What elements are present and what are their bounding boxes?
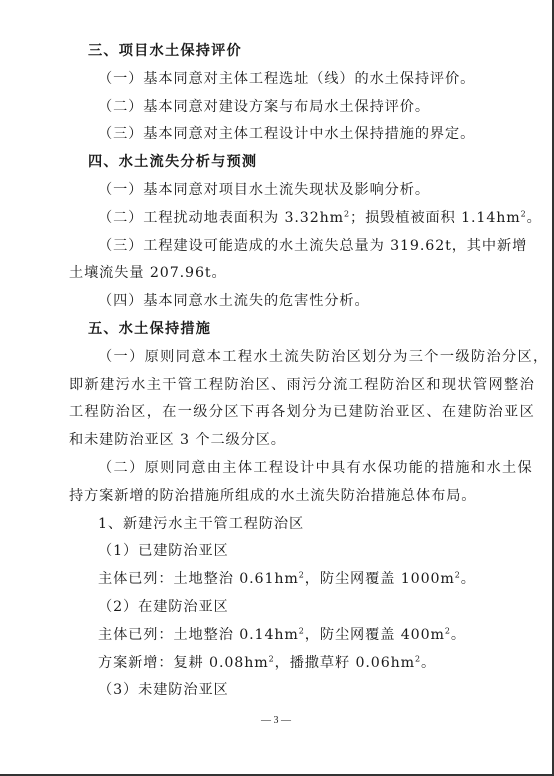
paragraph-1-line-3: 工程防治区，在一级分区下再各划分为已建防治亚区、在建防治亚区 (69, 399, 489, 427)
punctuation: 。 (461, 571, 476, 587)
disturbed-area-text: （二）工程扰动地表面积为 3.32hm (98, 210, 344, 226)
section-3-item-1: （一）基本同意对主体工程选址（线）的水土保持评价。 (69, 66, 489, 94)
section-4-item-3-line-1: （三）工程建设可能造成的水土流失总量为 319.62t，其中新增 (69, 233, 489, 261)
paragraph-2-line-2: 持方案新增的防治措施所组成的水土流失防治措施总体布局。 (69, 483, 489, 511)
punctuation: 。 (421, 655, 436, 671)
paragraph-2-line-1: （二）原则同意由主体工程设计中具有水保功能的措施和水土保 (69, 455, 489, 483)
measure-text: 主体已列：土地整治 0.14hm (98, 627, 299, 643)
measure-text: ，防尘网覆盖 1000m (305, 571, 455, 587)
section-4-item-2: （二）工程扰动地表面积为 3.32hm2；损毁植被面积 1.14hm2。 (69, 205, 489, 233)
section-4-item-3-line-2: 土壤流失量 207.96t。 (69, 260, 489, 288)
measure-text: 主体已列：土地整治 0.61hm (98, 571, 299, 587)
subzone-2-title: （2）在建防治亚区 (69, 594, 489, 622)
paragraph-1-line-4: 和未建防治亚区 3 个二级分区。 (69, 427, 489, 455)
page-number: — 3 — (0, 715, 552, 726)
section-3-item-3: （三）基本同意对主体工程设计中水土保持措施的界定。 (69, 121, 489, 149)
subzone-3-title: （3）未建防治亚区 (69, 677, 489, 705)
section-4-item-1: （一）基本同意对项目水土流失现状及影响分析。 (69, 177, 489, 205)
subzone-1-title: （1）已建防治亚区 (69, 538, 489, 566)
section-heading-4: 四、水土流失分析与预测 (69, 149, 489, 177)
section-4-item-4: （四）基本同意水土流失的危害性分析。 (69, 288, 489, 316)
measure-text: ，防尘网覆盖 400m (305, 627, 445, 643)
paragraph-1-line-2: 即新建污水主干管工程防治区、雨污分流工程防治区和现状管网整治 (69, 372, 489, 400)
zone-1-title: 1、新建污水主干管工程防治区 (69, 511, 489, 539)
subzone-1-measures: 主体已列：土地整治 0.61hm2，防尘网覆盖 1000m2。 (69, 566, 489, 594)
measure-text: 方案新增：复耕 0.08hm (98, 655, 269, 671)
document-page: 三、项目水土保持评价 （一）基本同意对主体工程选址（线）的水土保持评价。 （二）… (0, 0, 554, 776)
punctuation: 。 (527, 210, 542, 226)
punctuation: 。 (451, 627, 466, 643)
section-heading-3: 三、项目水土保持评价 (69, 38, 489, 66)
subzone-2-measures-new: 方案新增：复耕 0.08hm2，播撒草籽 0.06hm2。 (69, 650, 489, 678)
section-3-item-2: （二）基本同意对建设方案与布局水土保持评价。 (69, 94, 489, 122)
measure-text: ，播撒草籽 0.06hm (275, 655, 415, 671)
paragraph-1-line-1: （一）原则同意本工程水土流失防治区划分为三个一级防治分区， (69, 344, 489, 372)
page-content: 三、项目水土保持评价 （一）基本同意对主体工程选址（线）的水土保持评价。 （二）… (69, 38, 489, 705)
subzone-2-measures-existing: 主体已列：土地整治 0.14hm2，防尘网覆盖 400m2。 (69, 622, 489, 650)
vegetation-damage-text: ；损毁植被面积 1.14hm (350, 210, 521, 226)
section-heading-5: 五、水土保持措施 (69, 316, 489, 344)
